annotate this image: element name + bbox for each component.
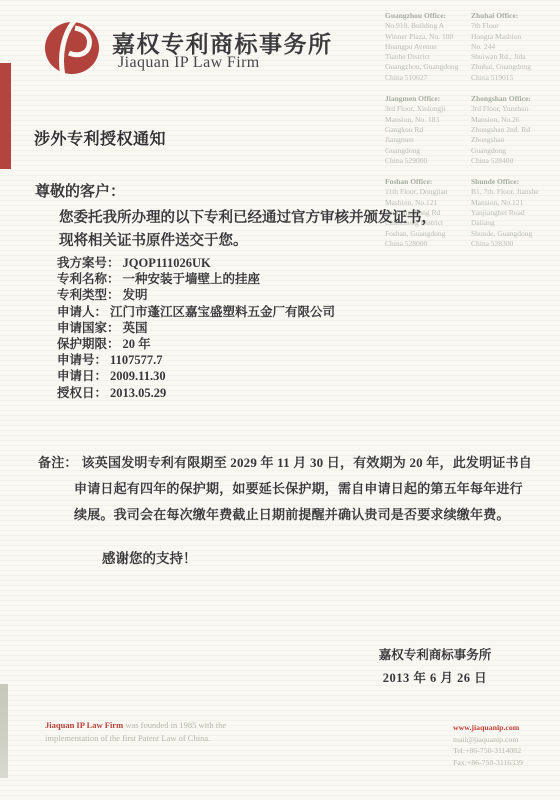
footer-website-link[interactable]: www.jiaquanip.com (453, 722, 523, 734)
footer-history-line-1: Jiaquan IP Law Firm was founded in 1985 … (45, 719, 226, 732)
thanks-line: 感谢您的支持！ (102, 547, 197, 567)
office-jiangmen: Jiangmen Office: 3rd Floor, Xinlongji Ma… (385, 94, 471, 166)
remarks-line-3: 续展。我司会在每次缴年费截止日期前提醒并确认贵司是否要求续缴年费。 (38, 502, 514, 528)
detail-patent-title: 专利名称：一种安装于墙壁上的挂座 (57, 271, 335, 287)
firm-name-english: Jiaquan IP Law Firm (118, 54, 260, 72)
footer-fax: Fax:+86-750-3116339 (453, 757, 523, 769)
signature-date: 2013 年 6 月 26 日 (372, 667, 498, 690)
remarks-label: 备注： (38, 455, 78, 470)
footer-history-note: Jiaquan IP Law Firm was founded in 1985 … (45, 719, 226, 745)
intro-paragraph: 您委托我所办理的以下专利已经通过官方审核并颁发证书， 现将相关证书原件送交于您。 (59, 207, 436, 253)
footer-history-line-2: implementation of the first Patent Law o… (45, 732, 226, 745)
intro-line-1: 您委托我所办理的以下专利已经通过官方审核并颁发证书， (59, 207, 436, 230)
remarks-line-2: 申请日起有四年的保护期，如要延长保护期，需自申请日起的第五年每年进行 (38, 476, 514, 502)
greeting: 尊敬的客户： (35, 180, 125, 201)
patent-detail-list: 我方案号：JQOP111026UK 专利名称：一种安装于墙壁上的挂座 专利类型：… (57, 255, 335, 401)
detail-country: 申请国家：英国 (57, 320, 335, 336)
notice-title: 涉外专利授权通知 (34, 126, 166, 149)
detail-application-number: 申请号：1107577.7 (57, 352, 335, 368)
detail-case-number: 我方案号：JQOP111026UK (57, 255, 335, 271)
signature-block: 嘉权专利商标事务所 2013 年 6 月 26 日 (372, 644, 498, 690)
letter-page: 嘉权专利商标事务所 Jiaquan IP Law Firm Guangzhou … (0, 0, 560, 800)
office-guangzhou: Guangzhou Office: No.910, Building A Win… (385, 11, 471, 83)
left-red-accent-bar (0, 63, 11, 169)
footer-brand-name: Jiaquan IP Law Firm (45, 720, 123, 730)
office-zhongshan: Zhongshan Office: 3rd Floor, Yuezhuo Man… (471, 94, 555, 166)
signature-firm-name: 嘉权专利商标事务所 (372, 644, 498, 667)
remarks-line-1: 备注：该英国发明专利有限期至 2029 年 11 月 30 日，有效期为 20 … (38, 450, 514, 476)
detail-filing-date: 申请日：2009.11.30 (57, 368, 335, 384)
footer-contact-block: www.jiaquanip.com mail@jiaquanip.com Tel… (453, 722, 523, 768)
detail-protection-term: 保护期限：20 年 (57, 336, 335, 352)
detail-applicant: 申请人：江门市蓬江区嘉宝盛塑料五金厂有限公司 (57, 304, 335, 320)
firm-logo-icon (42, 20, 102, 76)
left-sage-edge-strip (0, 684, 8, 778)
detail-patent-type: 专利类型：发明 (57, 287, 335, 303)
intro-line-2: 现将相关证书原件送交于您。 (59, 230, 436, 253)
footer-telephone: Tel:+86-750-3114082 (453, 745, 523, 757)
footer-email: mail@jiaquanip.com (453, 734, 523, 746)
office-zhuhai: Zhuhai Office: 7th Floor Hongta Mashion … (471, 11, 555, 83)
remarks-paragraph: 备注：该英国发明专利有限期至 2029 年 11 月 30 日，有效期为 20 … (38, 450, 514, 528)
office-shunde: Shunde Office: B1, 7th. Floor, Jianshe M… (471, 177, 555, 249)
detail-grant-date: 授权日：2013.05.29 (57, 385, 335, 401)
